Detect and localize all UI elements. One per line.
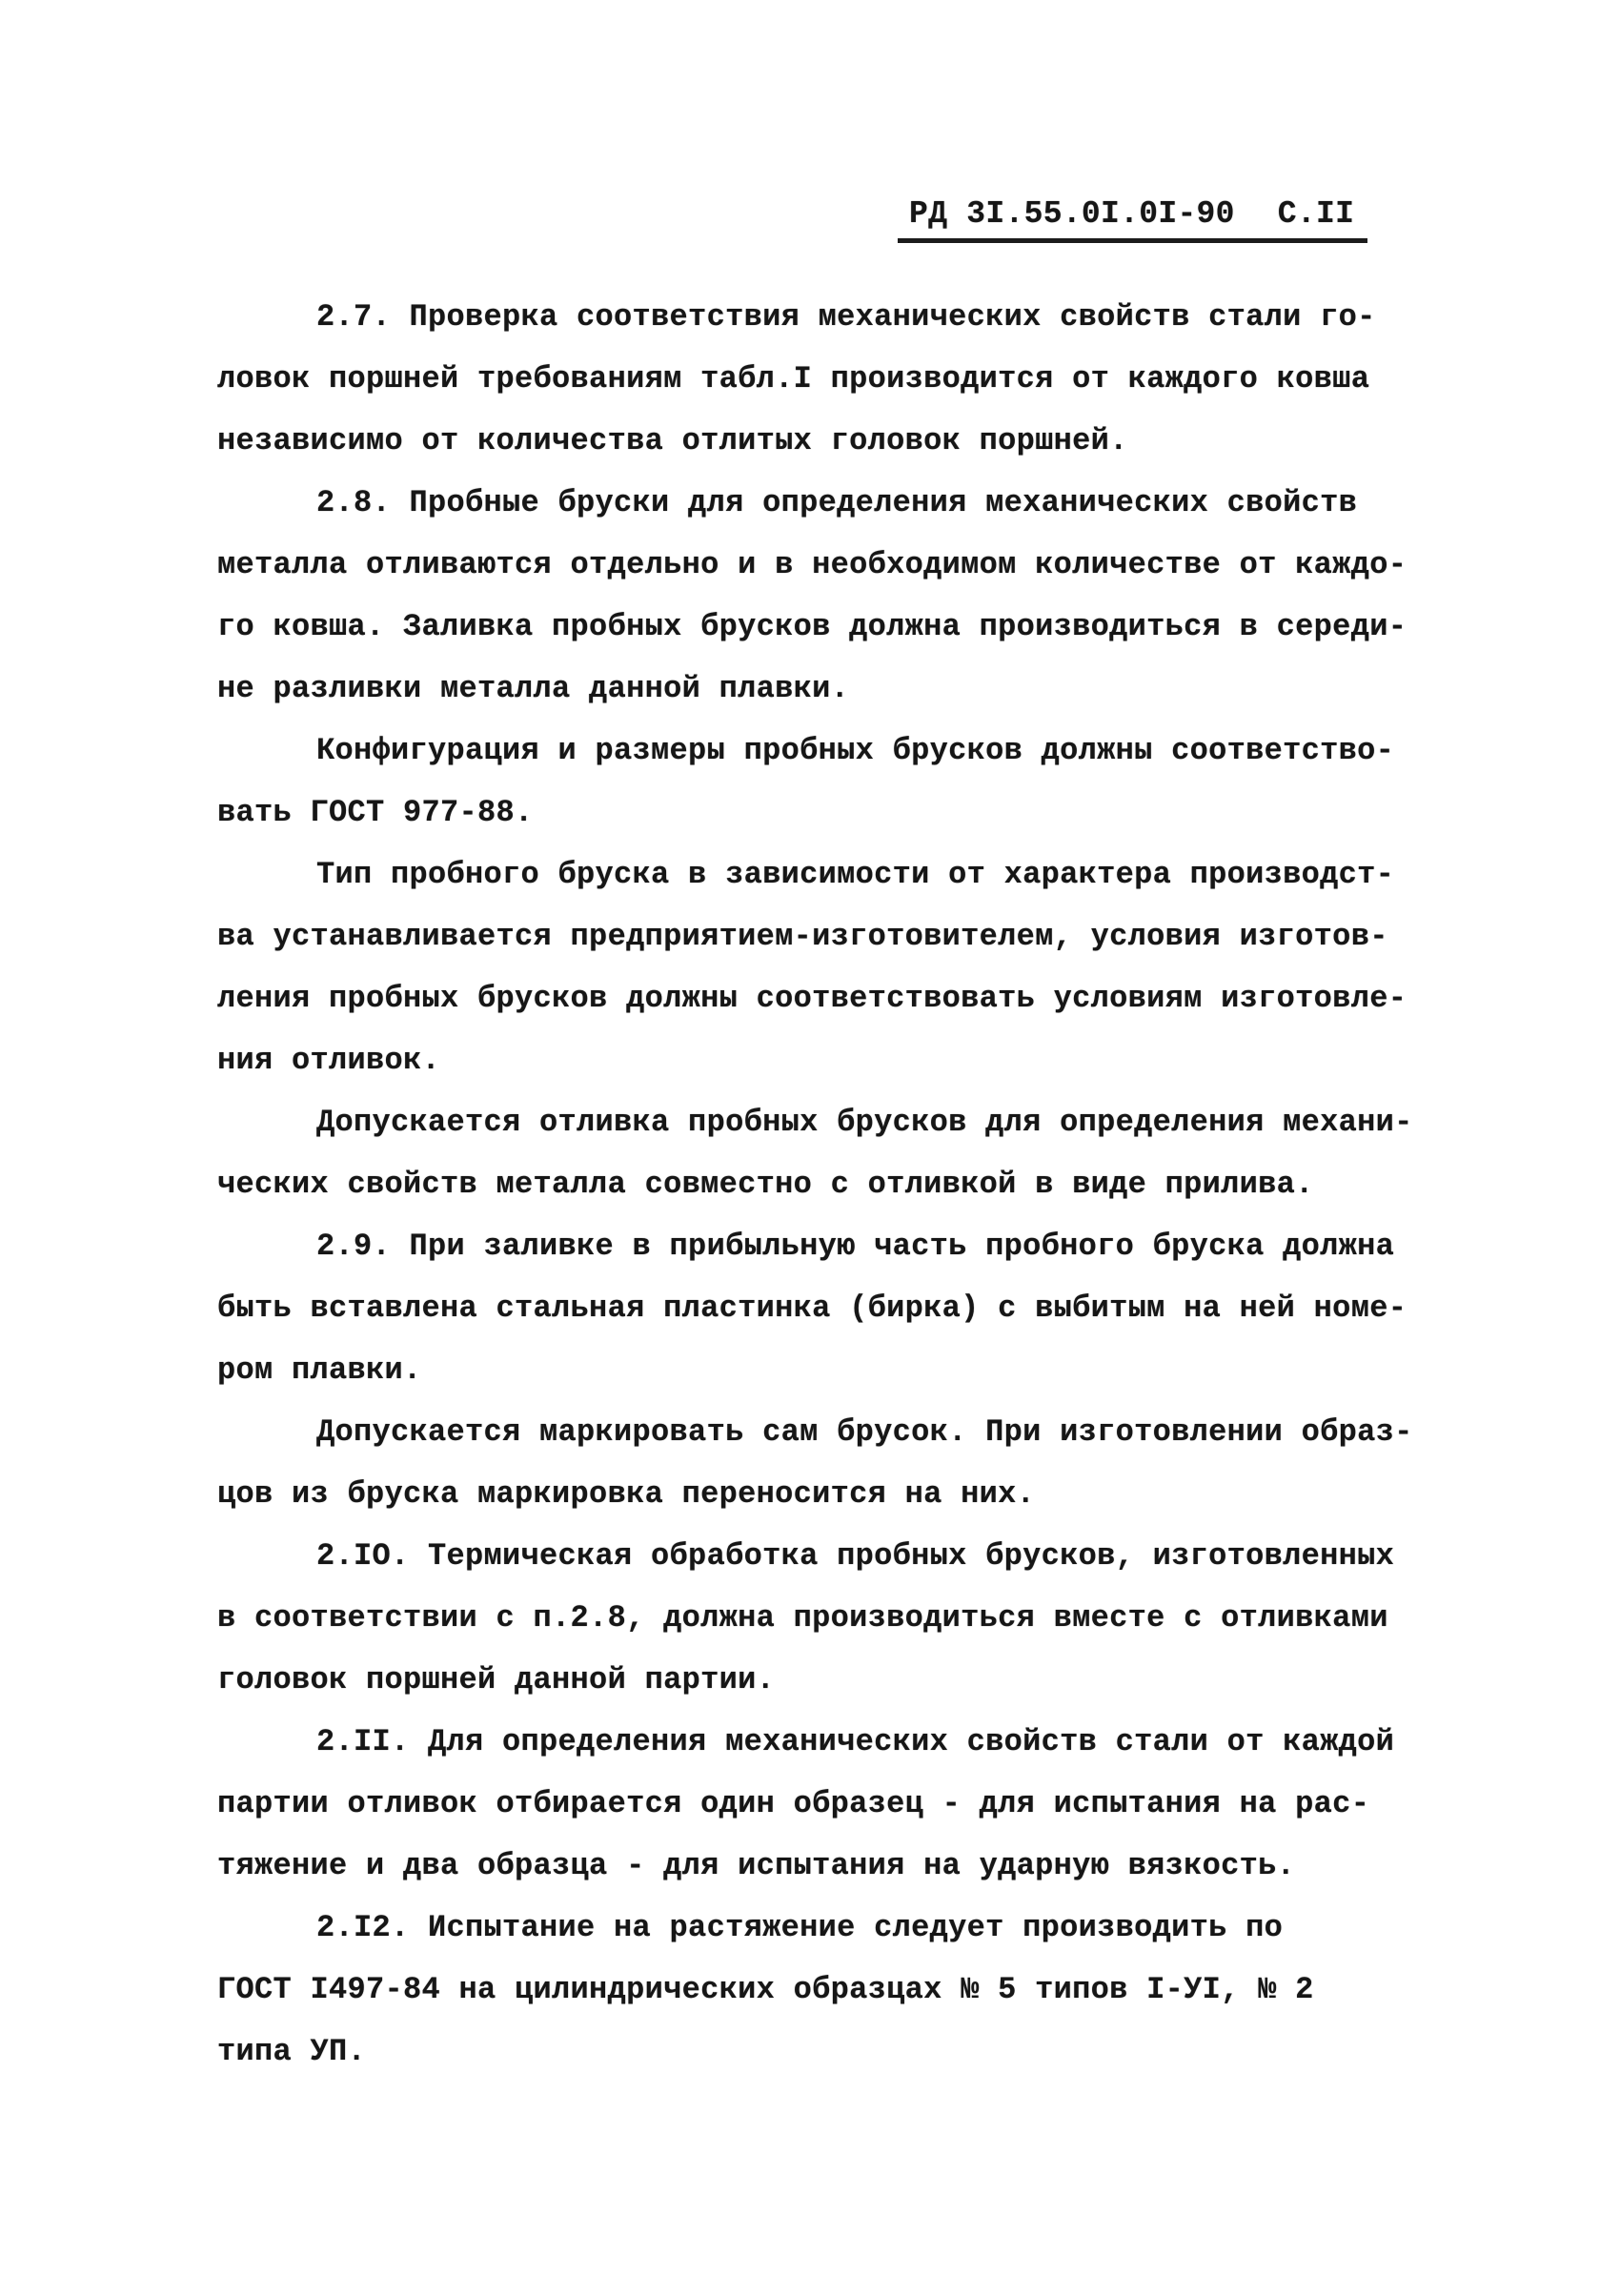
text-line: ловок поршней требованиям табл.I произво… [217,348,1447,410]
text-line: ГОСТ I497-84 на цилиндрических образцах … [217,1959,1447,2021]
text-line: партии отливок отбирается один образец -… [217,1773,1447,1835]
page-header: РД 3I.55.0I.0I-90С.II [898,196,1367,243]
text-line: типа УП. [217,2021,1447,2083]
text-line: 2.II. Для определения механических свойс… [217,1711,1447,1773]
text-line: ва устанавливается предприятием-изготови… [217,905,1447,967]
text-line: тяжение и два образца - для испытания на… [217,1835,1447,1897]
text-line: Конфигурация и размеры пробных брусков д… [217,720,1447,782]
text-line: не разливки металла данной плавки. [217,658,1447,720]
text-line: Тип пробного бруска в зависимости от хар… [217,843,1447,905]
text-line: в соответствии с п.2.8, должна производи… [217,1587,1447,1649]
text-line: ческих свойств металла совместно с отлив… [217,1153,1447,1215]
text-line: 2.I2. Испытание на растяжение следует пр… [217,1897,1447,1959]
text-line: вать ГОСТ 977-88. [217,782,1447,843]
document-body: 2.7. Проверка соответствия механических … [217,286,1447,2083]
text-line: ления пробных брусков должны соответство… [217,967,1447,1029]
text-line: 2.9. При заливке в прибыльную часть проб… [217,1215,1447,1277]
text-line: 2.IO. Термическая обработка пробных брус… [217,1525,1447,1587]
text-line: быть вставлена стальная пластинка (бирка… [217,1277,1447,1339]
header-underline: РД 3I.55.0I.0I-90С.II [898,196,1367,243]
text-line: 2.7. Проверка соответствия механических … [217,286,1447,348]
text-line: независимо от количества отлитых головок… [217,410,1447,472]
text-line: Допускается отливка пробных брусков для … [217,1091,1447,1153]
text-line: ния отливок. [217,1029,1447,1091]
page-number: С.II [1278,196,1354,232]
text-line: го ковша. Заливка пробных брусков должна… [217,596,1447,658]
text-line: головок поршней данной партии. [217,1649,1447,1711]
doc-number: РД 3I.55.0I.0I-90 [909,196,1235,232]
text-line: 2.8. Пробные бруски для определения меха… [217,472,1447,534]
text-line: цов из бруска маркировка переносится на … [217,1463,1447,1525]
text-line: Допускается маркировать сам брусок. При … [217,1401,1447,1463]
text-line: ром плавки. [217,1339,1447,1401]
text-line: металла отливаются отдельно и в необходи… [217,534,1447,596]
document-page: РД 3I.55.0I.0I-90С.II 2.7. Проверка соот… [0,0,1620,2296]
